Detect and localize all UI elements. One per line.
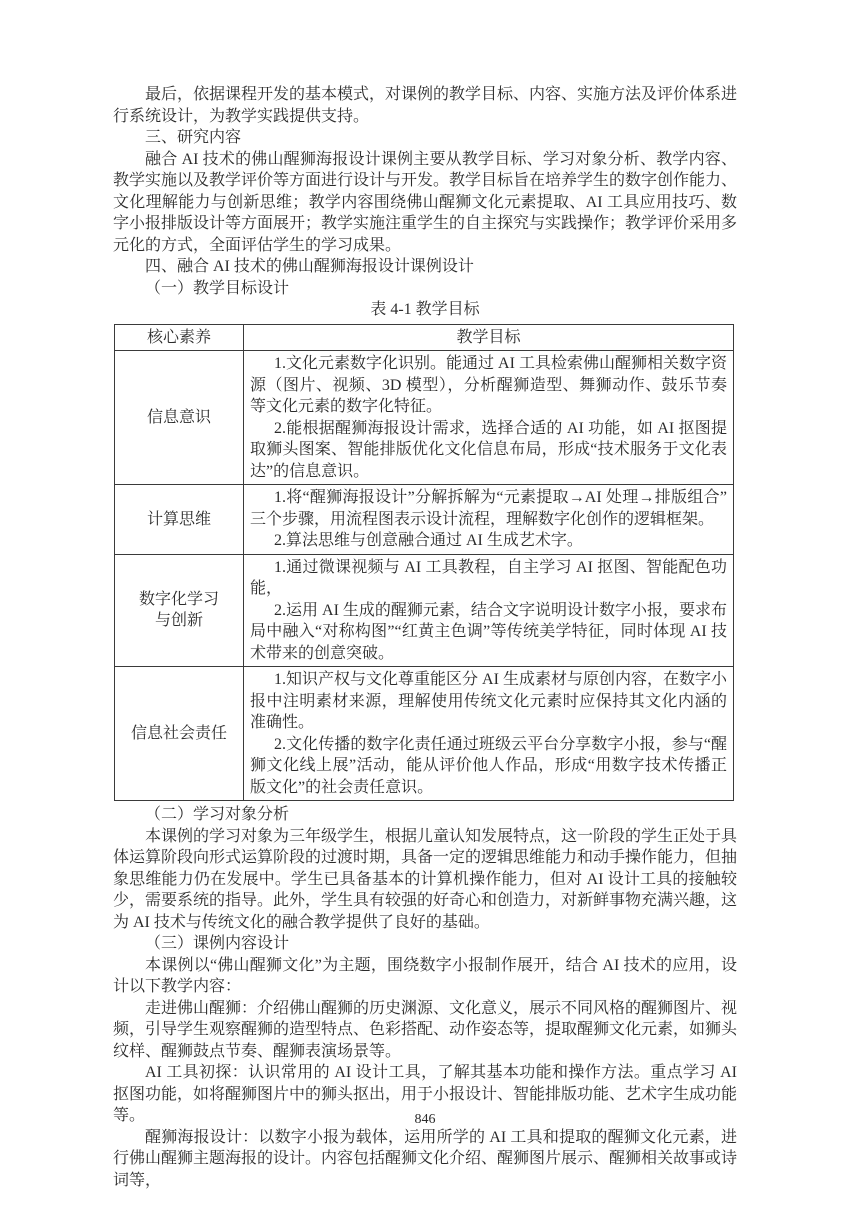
objectives-cell: 1.文化元素数字化识别。能通过 AI 工具检索佛山醒狮相关数字资源（图片、视频、… — [244, 351, 734, 485]
table-row: 数字化学习 与创新 1.通过微课视频与 AI 工具教程，自主学习 AI 抠图、智… — [115, 554, 734, 667]
table-caption: 表 4-1 教学目标 — [113, 299, 737, 321]
objective-item: 1.通过微课视频与 AI 工具教程，自主学习 AI 抠图、智能配色功能， — [250, 557, 727, 600]
category-cell-digital-learning-innovation: 数字化学习 与创新 — [115, 554, 244, 667]
category-cell-information-social-responsibility: 信息社会责任 — [115, 667, 244, 801]
column-header-objectives: 教学目标 — [244, 324, 734, 351]
table-row: 计算思维 1.将“醒狮海报设计”分解拆解为“元素提取→AI 处理→排版组合”三个… — [115, 485, 734, 555]
paragraph-content-poster-design: 醒狮海报设计：以数字小报为载体，运用所学的 AI 工具和提取的醒狮文化元素，进行… — [113, 1127, 737, 1192]
subsection-heading-content-design: （三）课例内容设计 — [113, 933, 737, 955]
objective-item: 2.文化传播的数字化责任通过班级云平台分享数字小报，参与“醒狮文化线上展”活动，… — [250, 734, 727, 799]
objective-item: 1.将“醒狮海报设计”分解拆解为“元素提取→AI 处理→排版组合”三个步骤，用流… — [250, 487, 727, 530]
document-page: 最后，依据课程开发的基本模式，对课例的教学目标、内容、实施方法及评价体系进行系统… — [0, 0, 850, 1205]
page-number: 846 — [0, 1112, 850, 1128]
objective-item: 2.运用 AI 生成的醒狮元素，结合文字说明设计数字小报，要求布局中融入“对称构… — [250, 600, 727, 665]
column-header-category: 核心素养 — [115, 324, 244, 351]
subsection-heading-learner-analysis: （二）学习对象分析 — [113, 804, 737, 826]
page-body: 最后，依据课程开发的基本模式，对课例的教学目标、内容、实施方法及评价体系进行系统… — [113, 84, 737, 1191]
section-heading-research: 三、研究内容 — [113, 127, 737, 149]
section-heading-design: 四、融合 AI 技术的佛山醒狮海报设计课例设计 — [113, 256, 737, 278]
table-row: 信息意识 1.文化元素数字化识别。能通过 AI 工具检索佛山醒狮相关数字资源（图… — [115, 351, 734, 485]
teaching-goals-table: 核心素养 教学目标 信息意识 1.文化元素数字化识别。能通过 AI 工具检索佛山… — [114, 324, 734, 802]
objectives-cell: 1.通过微课视频与 AI 工具教程，自主学习 AI 抠图、智能配色功能， 2.运… — [244, 554, 734, 667]
objective-item: 2.算法思维与创意融合通过 AI 生成艺术字。 — [250, 530, 727, 552]
objective-item: 1.文化元素数字化识别。能通过 AI 工具检索佛山醒狮相关数字资源（图片、视频、… — [250, 353, 727, 418]
paragraph-content-lion-intro: 走进佛山醒狮：介绍佛山醒狮的历史渊源、文化意义，展示不同风格的醒狮图片、视频，引… — [113, 998, 737, 1063]
paragraph-research: 融合 AI 技术的佛山醒狮海报设计课例主要从教学目标、学习对象分析、教学内容、教… — [113, 149, 737, 257]
objective-item: 2.能根据醒狮海报设计需求，选择合适的 AI 功能，如 AI 抠图提取狮头图案、… — [250, 418, 727, 483]
table-header-row: 核心素养 教学目标 — [115, 324, 734, 351]
subsection-heading-goal-design: （一）教学目标设计 — [113, 278, 737, 300]
paragraph-content-intro: 本课例以“佛山醒狮文化”为主题，围绕数字小报制作展开，结合 AI 技术的应用，设… — [113, 955, 737, 998]
category-cell-computational-thinking: 计算思维 — [115, 485, 244, 555]
objective-item: 1.知识产权与文化尊重能区分 AI 生成素材与原创内容，在数字小报中注明素材来源… — [250, 669, 727, 734]
objectives-cell: 1.知识产权与文化尊重能区分 AI 生成素材与原创内容，在数字小报中注明素材来源… — [244, 667, 734, 801]
paragraph-learner-analysis: 本课例的学习对象为三年级学生，根据儿童认知发展特点，这一阶段的学生正处于具体运算… — [113, 826, 737, 934]
objectives-cell: 1.将“醒狮海报设计”分解拆解为“元素提取→AI 处理→排版组合”三个步骤，用流… — [244, 485, 734, 555]
table-row: 信息社会责任 1.知识产权与文化尊重能区分 AI 生成素材与原创内容，在数字小报… — [115, 667, 734, 801]
category-cell-information-awareness: 信息意识 — [115, 351, 244, 485]
paragraph-intro: 最后，依据课程开发的基本模式，对课例的教学目标、内容、实施方法及评价体系进行系统… — [113, 84, 737, 127]
